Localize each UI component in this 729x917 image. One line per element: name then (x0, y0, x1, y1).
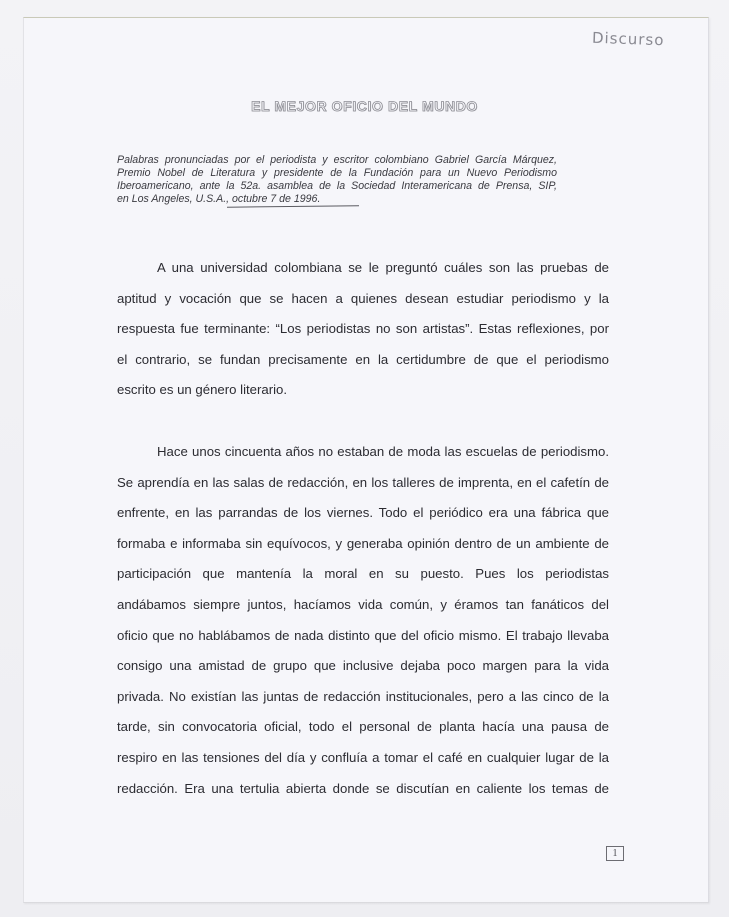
paragraph-line: oficio que no hablábamos de nada distint… (117, 621, 609, 652)
paragraph-line: redacción. Era una tertulia abierta dond… (117, 774, 609, 805)
paragraph-1: A una universidad colombiana se le pregu… (117, 253, 609, 406)
paragraph-line: escrito es un género literario. (117, 375, 609, 406)
document-title: EL MEJOR OFICIO DEL MUNDO (0, 98, 729, 114)
subtitle-line: Premio Nobel de Literatura y presidente … (117, 167, 557, 180)
handwritten-annotation: Discurso (592, 29, 665, 50)
subtitle-date: octubre 7 de 1996. (232, 193, 320, 205)
page-number-box: 1 (606, 846, 624, 861)
paragraph-line: consigo una amistad de grupo que inclusi… (117, 651, 609, 682)
paragraph-line: privada. No existían las juntas de redac… (117, 682, 609, 713)
paragraph-line: participación que mantenía la moral en s… (117, 559, 609, 590)
subtitle-location: en Los Angeles, U.S.A., (117, 193, 232, 205)
paragraph-line: el contrario, se fundan precisamente en … (117, 345, 609, 376)
paragraph-2: Hace unos cincuenta años no estaban de m… (117, 437, 609, 804)
paragraph-line: Hace unos cincuenta años no estaban de m… (117, 437, 609, 468)
paragraph-line: respuesta fue terminante: “Los periodist… (117, 314, 609, 345)
paragraph-line: Se aprendía en las salas de redacción, e… (117, 468, 609, 499)
paragraph-line: aptitud y vocación que se hacen a quiene… (117, 284, 609, 315)
subtitle-block: Palabras pronunciadas por el periodista … (117, 154, 557, 206)
subtitle-line: Palabras pronunciadas por el periodista … (117, 154, 557, 167)
paragraph-line: respiro en las tensiones del día y confl… (117, 743, 609, 774)
paragraph-line: tarde, sin convocatoria oficial, todo el… (117, 712, 609, 743)
paragraph-line: A una universidad colombiana se le pregu… (117, 253, 609, 284)
paragraph-line: enfrente, en las parrandas de los vierne… (117, 498, 609, 529)
subtitle-line: Iberoamericano, ante la 52a. asamblea de… (117, 180, 557, 193)
paragraph-line: andábamos siempre juntos, hacíamos vida … (117, 590, 609, 621)
paragraph-line: formaba e informaba sin equívocos, y gen… (117, 529, 609, 560)
subtitle-line: en Los Angeles, U.S.A., octubre 7 de 199… (117, 193, 557, 206)
